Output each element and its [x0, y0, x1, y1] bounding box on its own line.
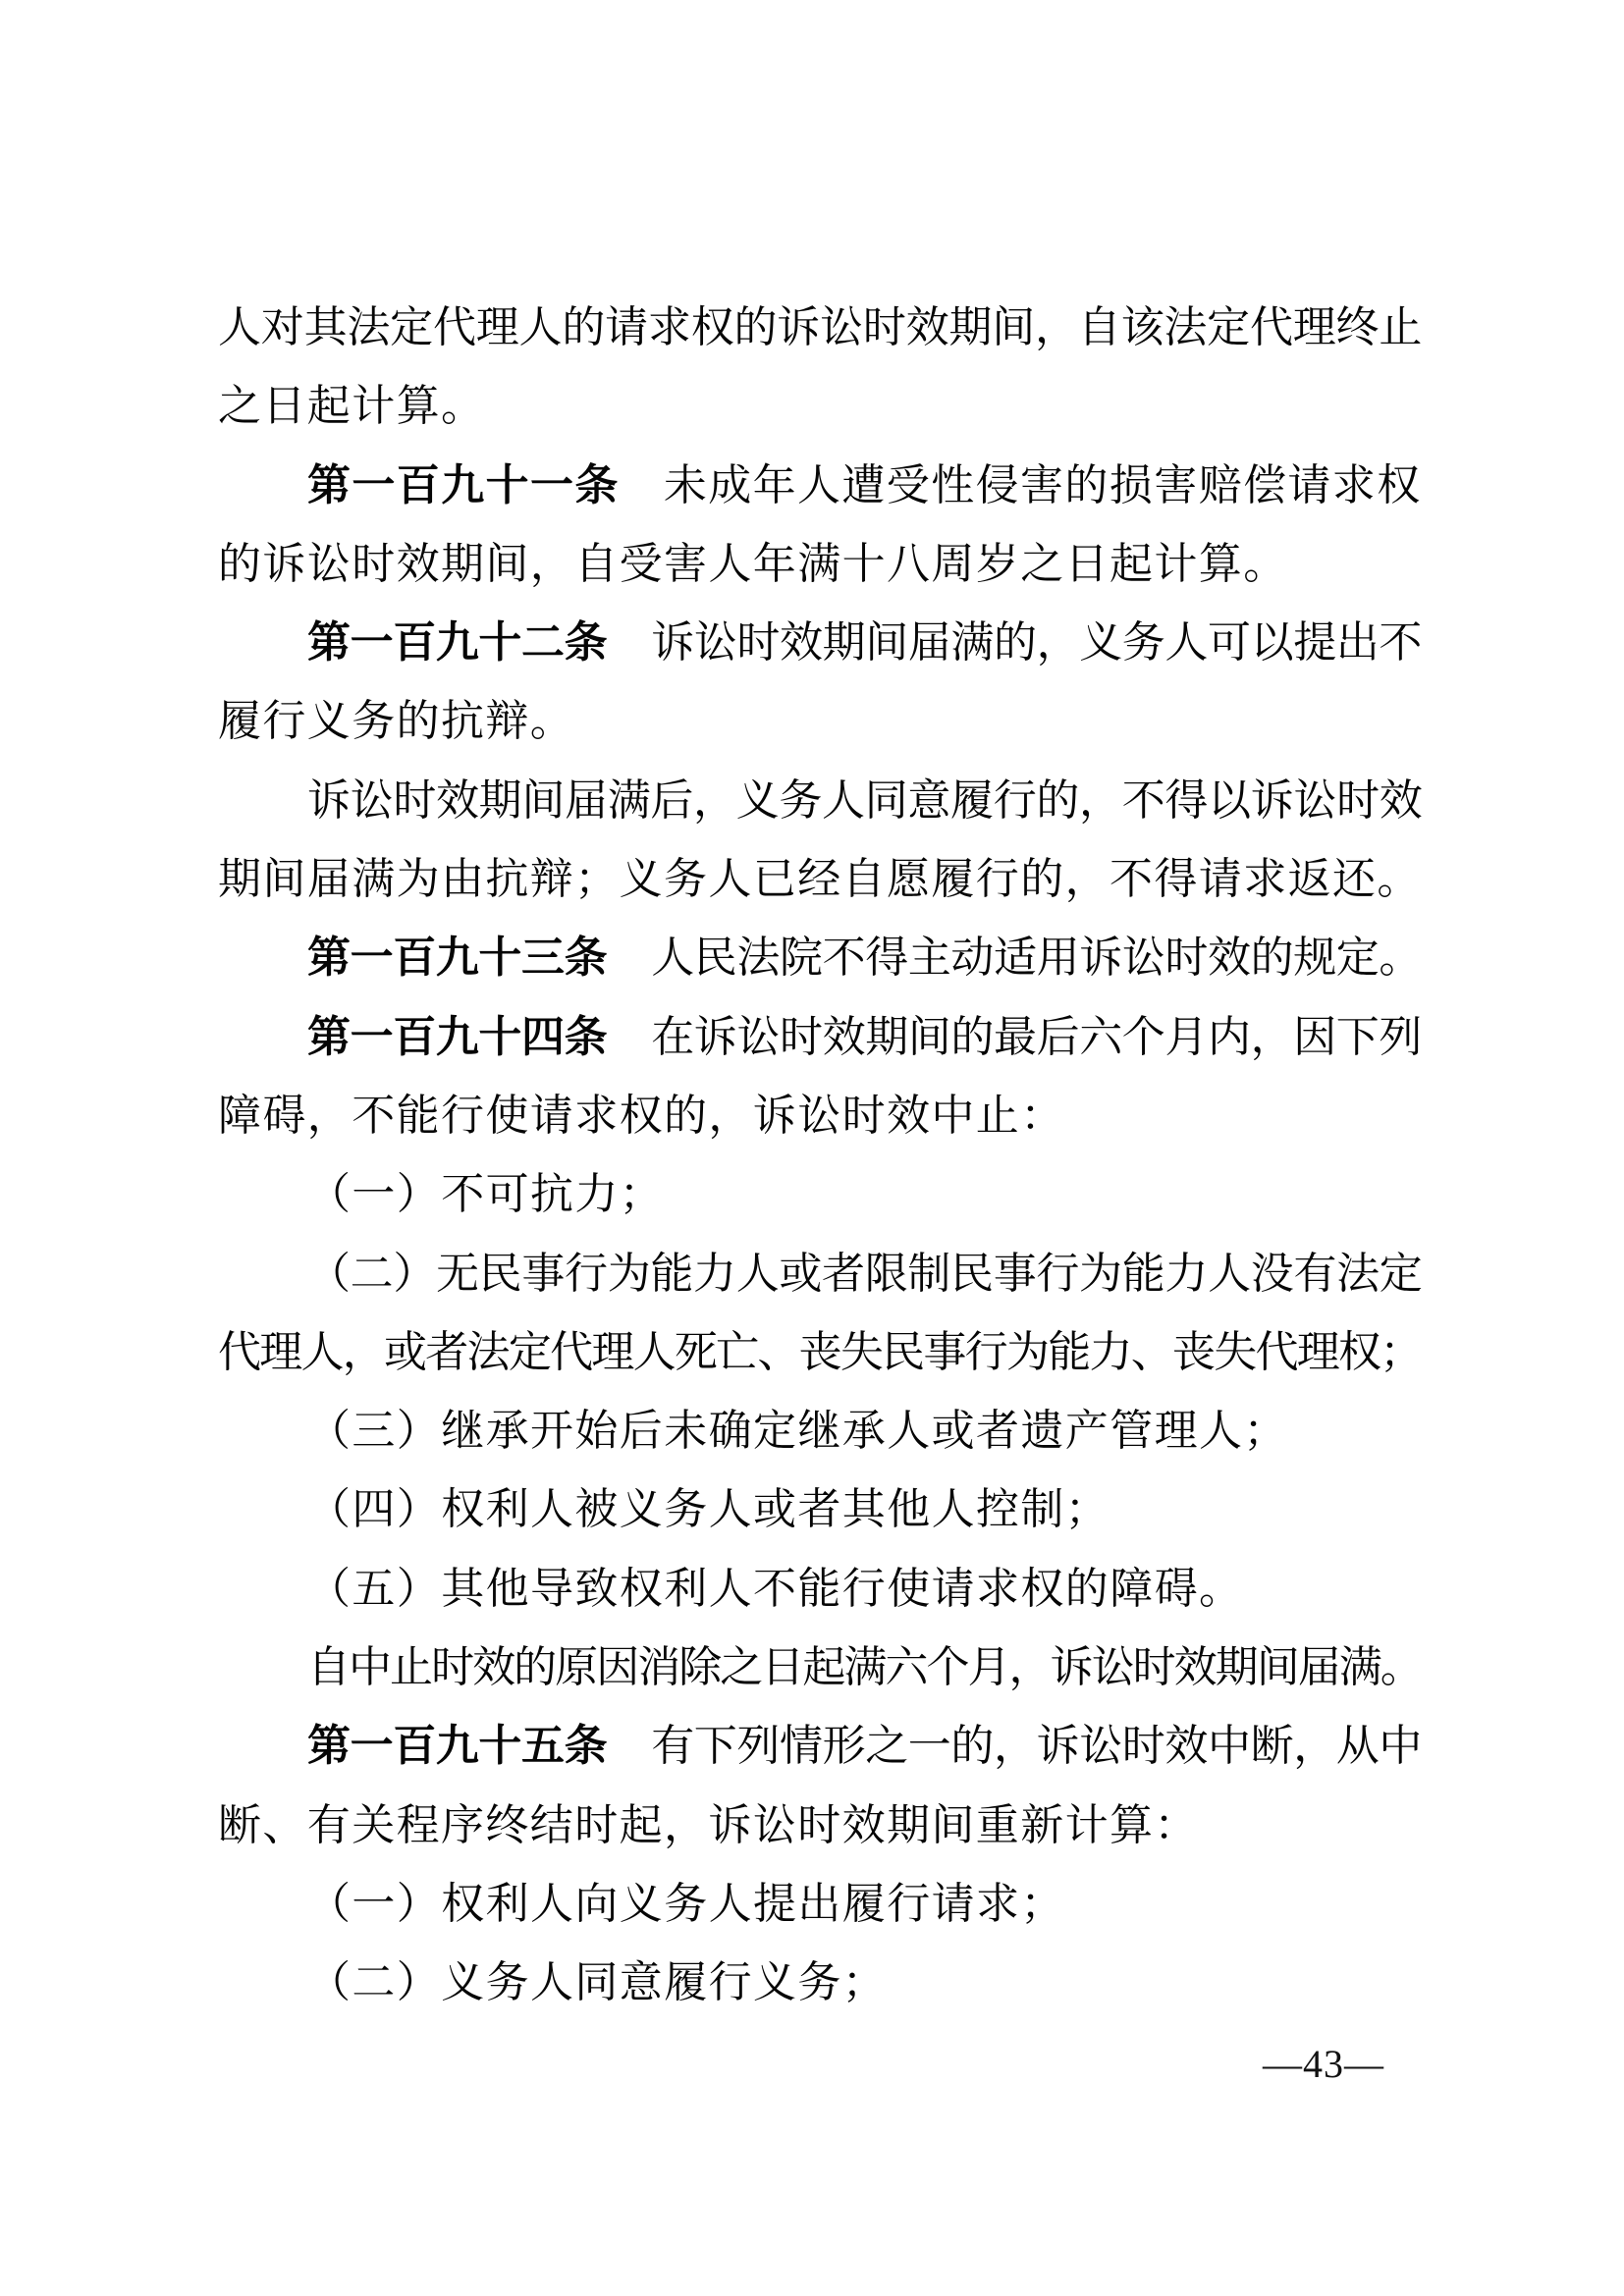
body-text: 人对其法定代理人的请求权的诉讼时效期间，自该法定代理终止 — [218, 303, 1422, 351]
text-line: （一）不可抗力； — [218, 1155, 1422, 1234]
body-text: （三）继承开始后未确定继承人或者遗产管理人； — [307, 1407, 1288, 1455]
body-text: 未成年人遭受性侵害的损害赔偿请求权 — [664, 461, 1422, 509]
text-line: 人对其法定代理人的请求权的诉讼时效期间，自该法定代理终止 — [218, 289, 1422, 367]
body-text: （二）无民事行为能力人或者限制民事行为能力人没有法定 — [307, 1250, 1422, 1298]
body-text: （一）不可抗力； — [307, 1170, 664, 1218]
body-text: 代理人，或者法定代理人死亡、丧失民事行为能力、丧失代理权； — [218, 1328, 1422, 1376]
body-text: 诉讼时效期间届满后，义务人同意履行的，不得以诉讼时效 — [307, 776, 1422, 825]
body-text: 自中止时效的原因消除之日起满六个月，诉讼时效期间届满。 — [307, 1643, 1422, 1691]
text-line: （二）义务人同意履行义务； — [218, 1944, 1422, 2022]
text-line: （二）无民事行为能力人或者限制民事行为能力人没有法定 — [218, 1235, 1422, 1313]
text-line: 履行义务的抗辩。 — [218, 682, 1422, 761]
body-text: 诉讼时效期间届满的，义务人可以提出不 — [651, 618, 1422, 667]
article-number: 第一百九十五条 — [307, 1722, 607, 1770]
body-text: 断、有关程序终结时起，诉讼时效期间重新计算： — [218, 1801, 1199, 1849]
body-text: 之日起计算。 — [218, 382, 485, 430]
text-line: 之日起计算。 — [218, 367, 1422, 446]
text-line: （三）继承开始后未确定继承人或者遗产管理人； — [218, 1392, 1422, 1470]
text-line: 障碍，不能行使请求权的，诉讼时效中止： — [218, 1077, 1422, 1155]
article-number: 第一百九十一条 — [307, 461, 620, 509]
text-line: （四）权利人被义务人或者其他人控制； — [218, 1470, 1422, 1549]
text-line: 第一百九十二条诉讼时效期间届满的，义务人可以提出不 — [218, 604, 1422, 682]
body-text: 履行义务的抗辩。 — [218, 697, 574, 745]
document-page: 人对其法定代理人的请求权的诉讼时效期间，自该法定代理终止之日起计算。第一百九十一… — [0, 0, 1624, 2296]
text-line: 第一百九十三条人民法院不得主动适用诉讼时效的规定。 — [218, 919, 1422, 997]
body-text: 在诉讼时效期间的最后六个月内，因下列 — [651, 1013, 1422, 1061]
text-line: （五）其他导致权利人不能行使请求权的障碍。 — [218, 1550, 1422, 1629]
body-text: （四）权利人被义务人或者其他人控制； — [307, 1485, 1110, 1533]
text-line: 代理人，或者法定代理人死亡、丧失民事行为能力、丧失代理权； — [218, 1313, 1422, 1392]
body-text: 人民法院不得主动适用诉讼时效的规定。 — [651, 934, 1422, 982]
article-number: 第一百九十三条 — [307, 934, 607, 982]
text-line: 断、有关程序终结时起，诉讼时效期间重新计算： — [218, 1787, 1422, 1865]
text-line: 第一百九十一条未成年人遭受性侵害的损害赔偿请求权 — [218, 447, 1422, 525]
body-text: 期间届满为由抗辩；义务人已经自愿履行的，不得请求返还。 — [218, 855, 1422, 903]
article-number: 第一百九十二条 — [307, 618, 607, 667]
text-line: 的诉讼时效期间，自受害人年满十八周岁之日起计算。 — [218, 525, 1422, 604]
text-line: 第一百九十四条在诉讼时效期间的最后六个月内，因下列 — [218, 998, 1422, 1077]
page-number: —43— — [1263, 2042, 1384, 2087]
text-line: 期间届满为由抗辩；义务人已经自愿履行的，不得请求返还。 — [218, 840, 1422, 919]
text-line: 第一百九十五条有下列情形之一的，诉讼时效中断，从中 — [218, 1707, 1422, 1786]
text-line: （一）权利人向义务人提出履行请求； — [218, 1865, 1422, 1944]
text-line: 自中止时效的原因消除之日起满六个月，诉讼时效期间届满。 — [218, 1629, 1422, 1707]
body-text: （二）义务人同意履行义务； — [307, 1958, 887, 2006]
article-number: 第一百九十四条 — [307, 1013, 607, 1061]
document-body: 人对其法定代理人的请求权的诉讼时效期间，自该法定代理终止之日起计算。第一百九十一… — [218, 289, 1422, 2023]
body-text: 的诉讼时效期间，自受害人年满十八周岁之日起计算。 — [218, 540, 1288, 588]
body-text: 障碍，不能行使请求权的，诉讼时效中止： — [218, 1092, 1065, 1140]
body-text: （一）权利人向义务人提出履行请求； — [307, 1880, 1065, 1928]
body-text: （五）其他导致权利人不能行使请求权的障碍。 — [307, 1565, 1243, 1613]
text-line: 诉讼时效期间届满后，义务人同意履行的，不得以诉讼时效 — [218, 762, 1422, 840]
body-text: 有下列情形之一的，诉讼时效中断，从中 — [651, 1722, 1422, 1770]
